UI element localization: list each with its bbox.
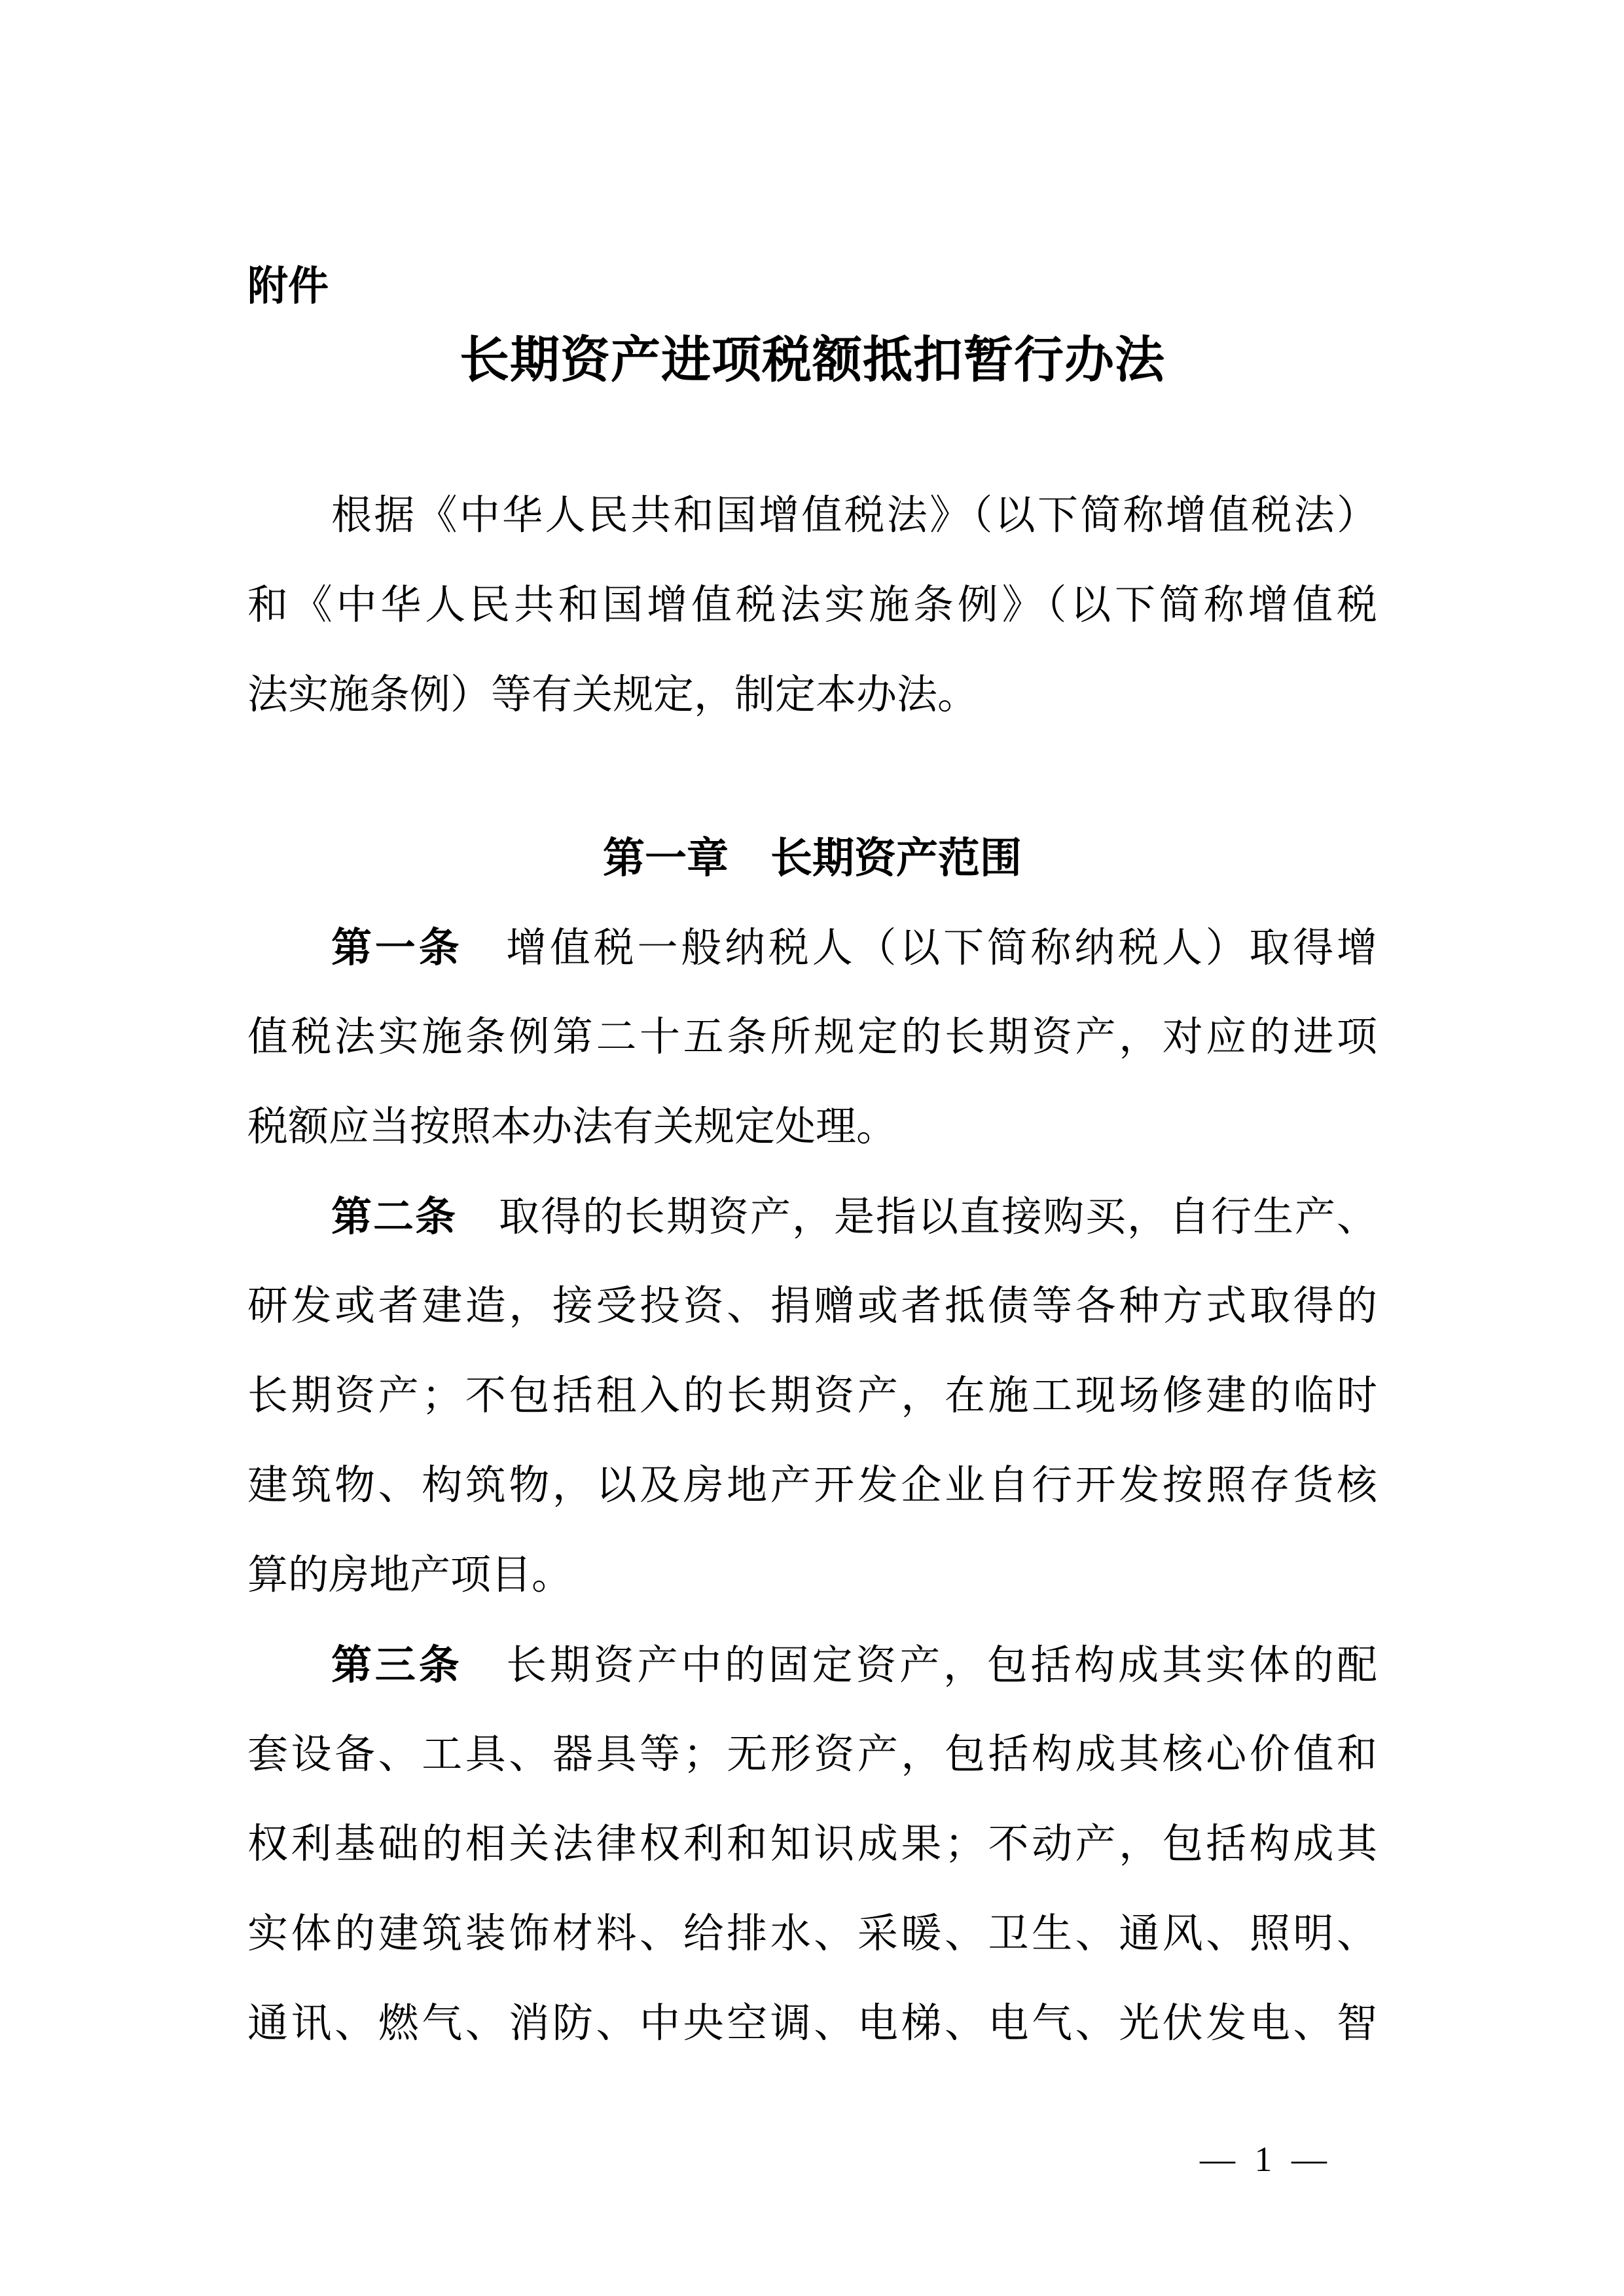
body-line: 第二条 取得的长期资产，是指以直接购买，自行生产、 (247, 1172, 1377, 1262)
article-paragraph: 第三条 长期资产中的固定资产，包括构成其实体的配套设备、工具、器具等；无形资产，… (247, 1621, 1377, 2069)
body-line: 第三条 长期资产中的固定资产，包括构成其实体的配 (247, 1621, 1377, 1710)
article-paragraph: 第二条 取得的长期资产，是指以直接购买，自行生产、研发或者建造，接受投资、捐赠或… (247, 1172, 1377, 1621)
chapter-heading: 第一章 长期资产范围 (247, 814, 1377, 903)
body-line: 根据《中华人民共和国增值税法》（以下简称增值税法） (247, 471, 1377, 561)
body-line: 法实施条例）等有关规定，制定本办法。 (247, 651, 1377, 740)
article-paragraph: 第一条 增值税一般纳税人（以下简称纳税人）取得增值税法实施条例第二十五条所规定的… (247, 903, 1377, 1172)
attachment-label: 附件 (247, 257, 1377, 316)
body-line: 实体的建筑装饰材料、给排水、采暖、卫生、通风、照明、 (247, 1890, 1377, 1979)
body-line: 值税法实施条例第二十五条所规定的长期资产，对应的进项 (247, 993, 1377, 1083)
body-line: 税额应当按照本办法有关规定处理。 (247, 1083, 1377, 1172)
body-line: 长期资产；不包括租入的长期资产，在施工现场修建的临时 (247, 1352, 1377, 1441)
body-line: 和《中华人民共和国增值税法实施条例》（以下简称增值税 (247, 561, 1377, 651)
body-line: 算的房地产项目。 (247, 1531, 1377, 1621)
body-line: 第一条 增值税一般纳税人（以下简称纳税人）取得增 (247, 903, 1377, 993)
document-content: 附件 长期资产进项税额抵扣暂行办法 根据《中华人民共和国增值税法》（以下简称增值… (247, 0, 1377, 2069)
article-number: 第二条 (331, 1194, 457, 1240)
paragraph: 根据《中华人民共和国增值税法》（以下简称增值税法）和《中华人民共和国增值税法实施… (247, 471, 1377, 740)
article-number: 第三条 (331, 1643, 462, 1688)
page-number: — 1 — (1200, 2133, 1327, 2185)
body-line: 权利基础的相关法律权利和知识成果；不动产，包括构成其 (247, 1800, 1377, 1890)
document-title: 长期资产进项税额抵扣暂行办法 (247, 325, 1377, 397)
body-line: 研发或者建造，接受投资、捐赠或者抵债等各种方式取得的 (247, 1262, 1377, 1352)
document-body: 根据《中华人民共和国增值税法》（以下简称增值税法）和《中华人民共和国增值税法实施… (247, 471, 1377, 2069)
body-line: 建筑物、构筑物，以及房地产开发企业自行开发按照存货核 (247, 1441, 1377, 1531)
body-line: 套设备、工具、器具等；无形资产，包括构成其核心价值和 (247, 1710, 1377, 1800)
document-page: 附件 长期资产进项税额抵扣暂行办法 根据《中华人民共和国增值税法》（以下简称增值… (0, 0, 1624, 2296)
body-line: 通讯、燃气、消防、中央空调、电梯、电气、光伏发电、智 (247, 1979, 1377, 2069)
article-number: 第一条 (331, 925, 462, 971)
